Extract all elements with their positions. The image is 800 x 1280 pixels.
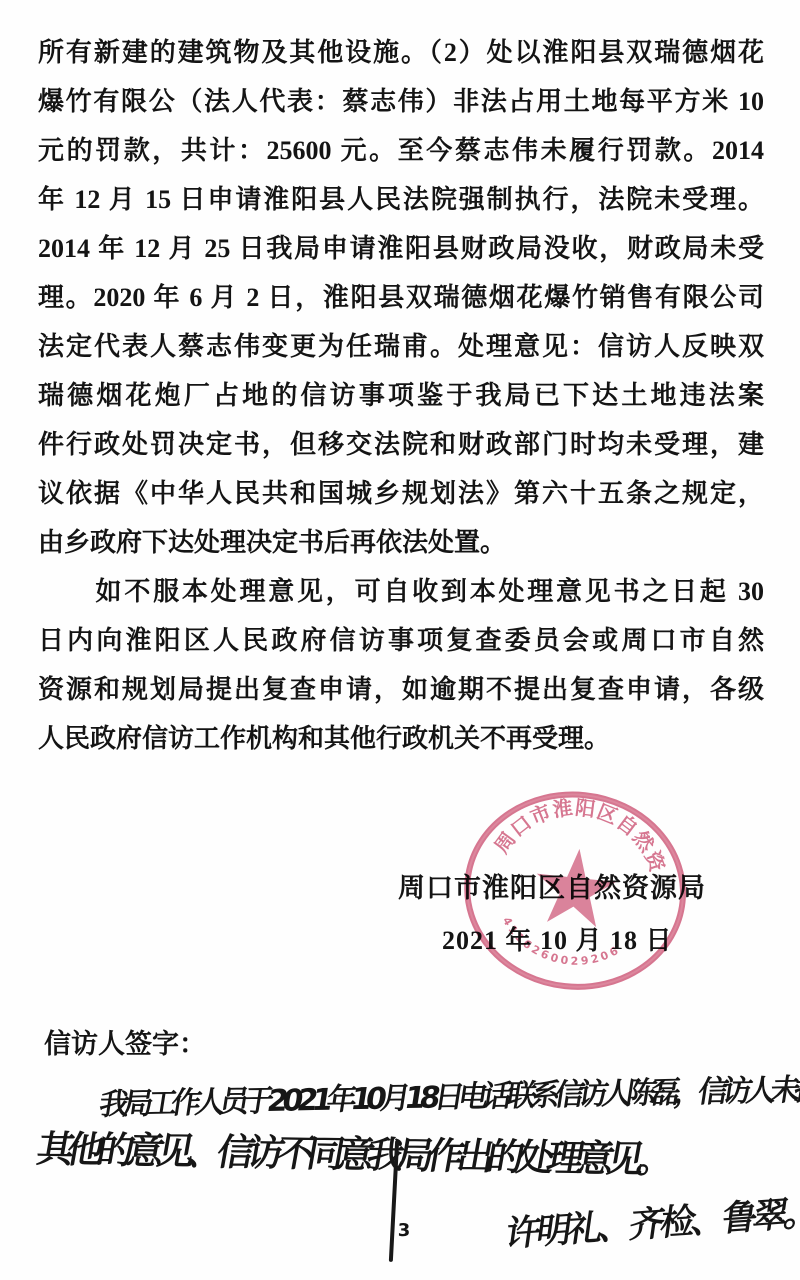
body-line: 2014 年 12 月 25 日我局申请淮阳县财政局没收，财政局未受 [38, 224, 764, 273]
svg-text:4116260029206: 4116260029206 [496, 914, 626, 973]
body-line: 人民政府信访工作机构和其他行政机关不再受理。 [38, 714, 764, 763]
body-line: 法定代表人蔡志伟变更为任瑞甫。处理意见：信访人反映双 [38, 322, 764, 371]
body-line: 理。2020 年 6 月 2 日，淮阳县双瑞德烟花爆竹销售有限公司 [38, 273, 764, 322]
body-line: 如不服本处理意见，可自收到本处理意见书之日起 30 [38, 567, 764, 616]
seal-code: 4116260029206 [496, 914, 626, 973]
body-line: 资源和规划局提出复查申请，如逾期不提出复查申请，各级 [38, 665, 764, 714]
document-page: 所有新建的建筑物及其他设施。（2）处以淮阳县双瑞德烟花爆竹有限公（法人代表：蔡志… [0, 0, 800, 1280]
seal-star-icon [532, 845, 619, 929]
handwriting-line-2: 其他的意见、信访不同意我局作出的处理意见。 [33, 1119, 672, 1184]
handwriting-line-1: 我局工作人员于2021年10月18日电话联系信访人陈磊，信访人未提 [97, 1064, 800, 1123]
body-line: 爆竹有限公（法人代表：蔡志伟）非法占用土地每平方米 10 [38, 77, 764, 126]
official-seal-icon: 周口市淮阳区自然资源局 4116260029206 [450, 776, 706, 1008]
body-line: 议依据《中华人民共和国城乡规划法》第六十五条之规定， [38, 469, 764, 518]
paragraph-review-rights: 如不服本处理意见，可自收到本处理意见书之日起 30日内向淮阳区人民政府信访事项复… [38, 567, 764, 763]
body-line: 日内向淮阳区人民政府信访事项复查委员会或周口市自然 [38, 616, 764, 665]
body-line: 件行政处罚决定书，但移交法院和财政部门时均未受理，建 [38, 420, 764, 469]
witness-signatures: 许明礼、齐检、鲁翠。 [503, 1185, 800, 1257]
body-line: 瑞德烟花炮厂占地的信访事项鉴于我局已下达土地违法案 [38, 371, 764, 420]
body-line: 所有新建的建筑物及其他设施。（2）处以淮阳县双瑞德烟花 [38, 28, 764, 77]
petitioner-signature-label: 信访人签字： [44, 1022, 206, 1061]
body-line: 年 12 月 15 日申请淮阳县人民法院强制执行，法院未受理。 [38, 175, 764, 224]
seal-arc-text: 周口市淮阳区自然资源局 [453, 776, 680, 878]
document-body: 所有新建的建筑物及其他设施。（2）处以淮阳县双瑞德烟花爆竹有限公（法人代表：蔡志… [38, 28, 764, 763]
page-number: 3 [392, 1220, 416, 1241]
body-line: 由乡政府下达处理决定书后再依法处置。 [38, 518, 764, 567]
body-line: 元的罚款，共计：25600 元。至今蔡志伟未履行罚款。2014 [38, 126, 764, 175]
svg-text:周口市淮阳区自然资源局: 周口市淮阳区自然资源局 [453, 776, 680, 878]
paragraph-disposition: 所有新建的建筑物及其他设施。（2）处以淮阳县双瑞德烟花爆竹有限公（法人代表：蔡志… [38, 28, 764, 567]
